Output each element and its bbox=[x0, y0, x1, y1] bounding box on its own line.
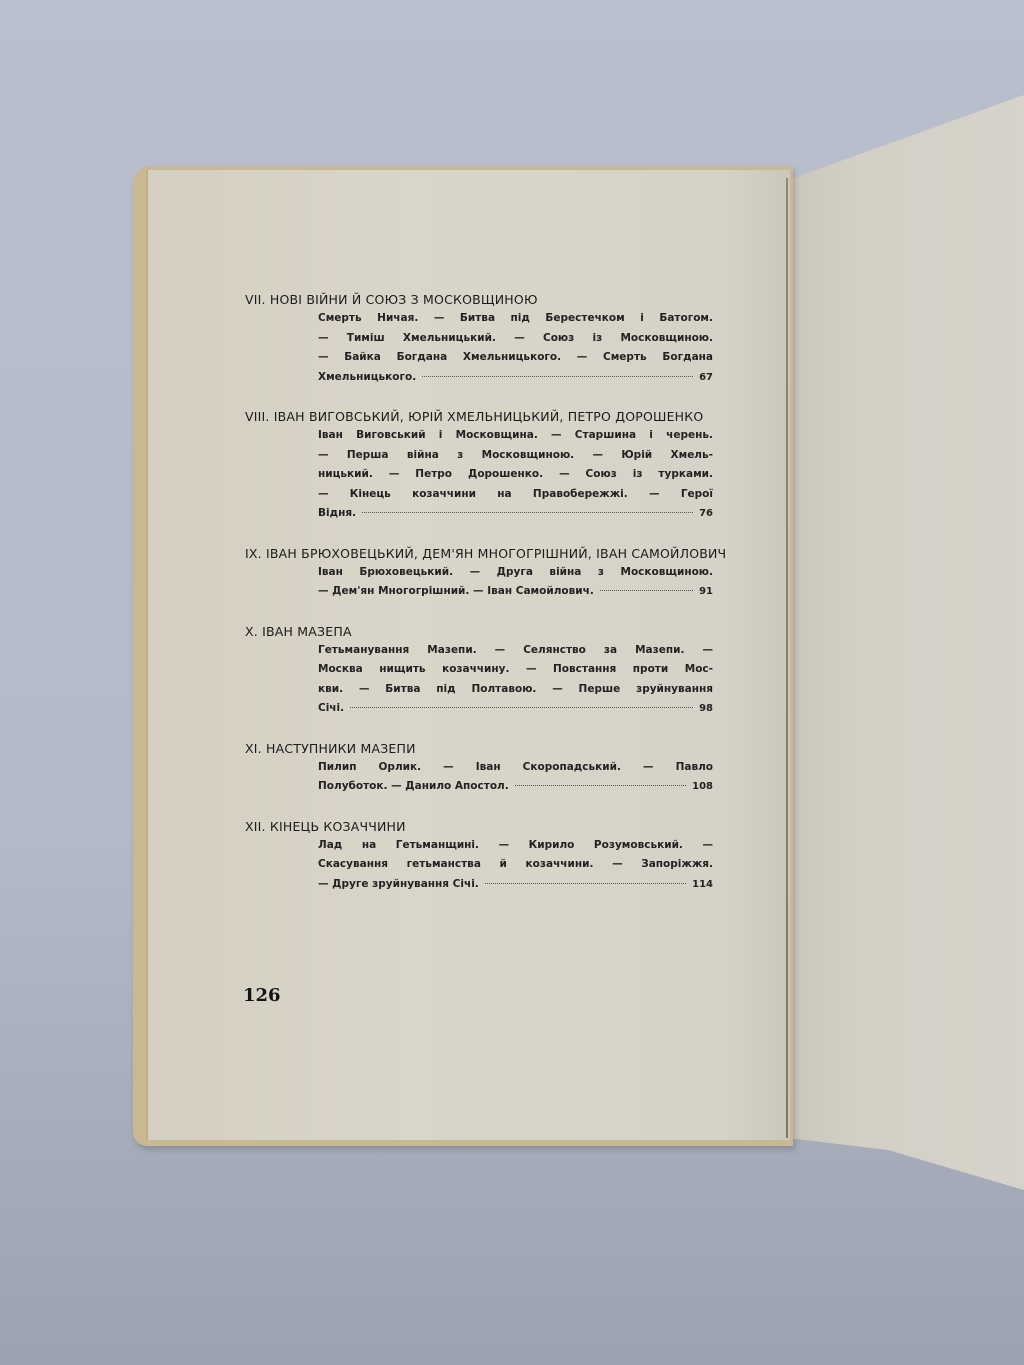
summary-line: — Тиміш Хмельницький. — Союз із Московщи… bbox=[318, 329, 713, 349]
summary-last-line: — Дем'ян Многогрішний. — Іван Самойлович… bbox=[318, 582, 713, 602]
summary-last-line: Хмельницького. 67 bbox=[318, 368, 713, 388]
dot-leader bbox=[422, 375, 693, 377]
toc-entry-xi: XI. НАСТУПНИКИ МАЗЕПИ Пилип Орлик. — Іва… bbox=[245, 739, 715, 797]
page-ref: 91 bbox=[699, 582, 713, 602]
page-ref: 76 bbox=[699, 504, 713, 524]
summary-line: Відня. bbox=[318, 504, 356, 524]
summary-line: Січі. bbox=[318, 699, 344, 719]
summary-last-line: Відня. 76 bbox=[318, 504, 713, 524]
chapter-heading: XI. НАСТУПНИКИ МАЗЕПИ bbox=[245, 739, 715, 758]
dot-leader bbox=[362, 511, 693, 513]
chapter-summary: Смерть Ничая. — Битва під Берестечком і … bbox=[318, 309, 715, 387]
chapter-heading: VIII. ІВАН ВИГОВСЬКИЙ, ЮРІЙ ХМЕЛЬНИЦЬКИЙ… bbox=[245, 407, 715, 426]
summary-line: Гетьманування Мазепи. — Селянство за Маз… bbox=[318, 641, 713, 661]
book-spine bbox=[786, 178, 788, 1138]
chapter-heading: XII. КІНЕЦЬ КОЗАЧЧИНИ bbox=[245, 817, 715, 836]
page-ref: 108 bbox=[692, 777, 713, 797]
page-ref: 98 bbox=[699, 699, 713, 719]
chapter-summary: Іван Брюховецький. — Друга війна з Моско… bbox=[318, 563, 715, 602]
chapter-summary: Пилип Орлик. — Іван Скоропадський. — Пав… bbox=[318, 758, 715, 797]
summary-line: Хмельницького. bbox=[318, 368, 416, 388]
toc-entry-viii: VIII. ІВАН ВИГОВСЬКИЙ, ЮРІЙ ХМЕЛЬНИЦЬКИЙ… bbox=[245, 407, 715, 524]
dot-leader bbox=[600, 589, 693, 591]
summary-line: Іван Брюховецький. — Друга війна з Моско… bbox=[318, 563, 713, 583]
summary-line: Скасування гетьманства й козаччини. — За… bbox=[318, 855, 713, 875]
dot-leader bbox=[485, 882, 686, 884]
summary-line: ницький. — Петро Дорошенко. — Союз із ту… bbox=[318, 465, 713, 485]
dot-leader bbox=[515, 784, 686, 786]
toc-entry-ix: IX. ІВАН БРЮХОВЕЦЬКИЙ, ДЕМ'ЯН МНОГОГРІШН… bbox=[245, 544, 715, 602]
toc-entry-x: X. ІВАН МАЗЕПА Гетьманування Мазепи. — С… bbox=[245, 622, 715, 719]
summary-last-line: — Друге зруйнування Січі. 114 bbox=[318, 875, 713, 895]
page-ref: 67 bbox=[699, 368, 713, 388]
summary-line: — Кінець козаччини на Правобережжі. — Ге… bbox=[318, 485, 713, 505]
right-page bbox=[788, 0, 1024, 1365]
summary-line: Пилип Орлик. — Іван Скоропадський. — Пав… bbox=[318, 758, 713, 778]
summary-line: — Перша війна з Московщиною. — Юрій Хмел… bbox=[318, 446, 713, 466]
summary-last-line: Полуботок. — Данило Апостол. 108 bbox=[318, 777, 713, 797]
toc-entry-vii: VII. НОВІ ВІЙНИ Й СОЮЗ З МОСКОВЩИНОЮ Сме… bbox=[245, 290, 715, 387]
chapter-summary: Лад на Гетьманщині. — Кирило Розумовськи… bbox=[318, 836, 715, 895]
chapter-summary: Іван Виговський і Московщина. — Старшина… bbox=[318, 426, 715, 524]
summary-line: Лад на Гетьманщині. — Кирило Розумовськи… bbox=[318, 836, 713, 856]
summary-line: — Байка Богдана Хмельницького. — Смерть … bbox=[318, 348, 713, 368]
summary-last-line: Січі. 98 bbox=[318, 699, 713, 719]
summary-line: Смерть Ничая. — Битва під Берестечком і … bbox=[318, 309, 713, 329]
table-of-contents: VII. НОВІ ВІЙНИ Й СОЮЗ З МОСКОВЩИНОЮ Сме… bbox=[245, 290, 715, 914]
dot-leader bbox=[350, 706, 693, 708]
chapter-heading: X. ІВАН МАЗЕПА bbox=[245, 622, 715, 641]
summary-line: — Дем'ян Многогрішний. — Іван Самойлович… bbox=[318, 582, 594, 602]
summary-line: кви. — Битва під Полтавою. — Перше зруйн… bbox=[318, 680, 713, 700]
chapter-summary: Гетьманування Мазепи. — Селянство за Маз… bbox=[318, 641, 715, 719]
summary-line: Іван Виговський і Московщина. — Старшина… bbox=[318, 426, 713, 446]
chapter-heading: VII. НОВІ ВІЙНИ Й СОЮЗ З МОСКОВЩИНОЮ bbox=[245, 290, 715, 309]
summary-line: Москва нищить козаччину. — Повстання про… bbox=[318, 660, 713, 680]
page-ref: 114 bbox=[692, 875, 713, 895]
chapter-heading: IX. ІВАН БРЮХОВЕЦЬКИЙ, ДЕМ'ЯН МНОГОГРІШН… bbox=[245, 544, 715, 563]
summary-line: — Друге зруйнування Січі. bbox=[318, 875, 479, 895]
toc-entry-xii: XII. КІНЕЦЬ КОЗАЧЧИНИ Лад на Гетьманщині… bbox=[245, 817, 715, 895]
page-number: 126 bbox=[243, 985, 281, 1006]
summary-line: Полуботок. — Данило Апостол. bbox=[318, 777, 509, 797]
